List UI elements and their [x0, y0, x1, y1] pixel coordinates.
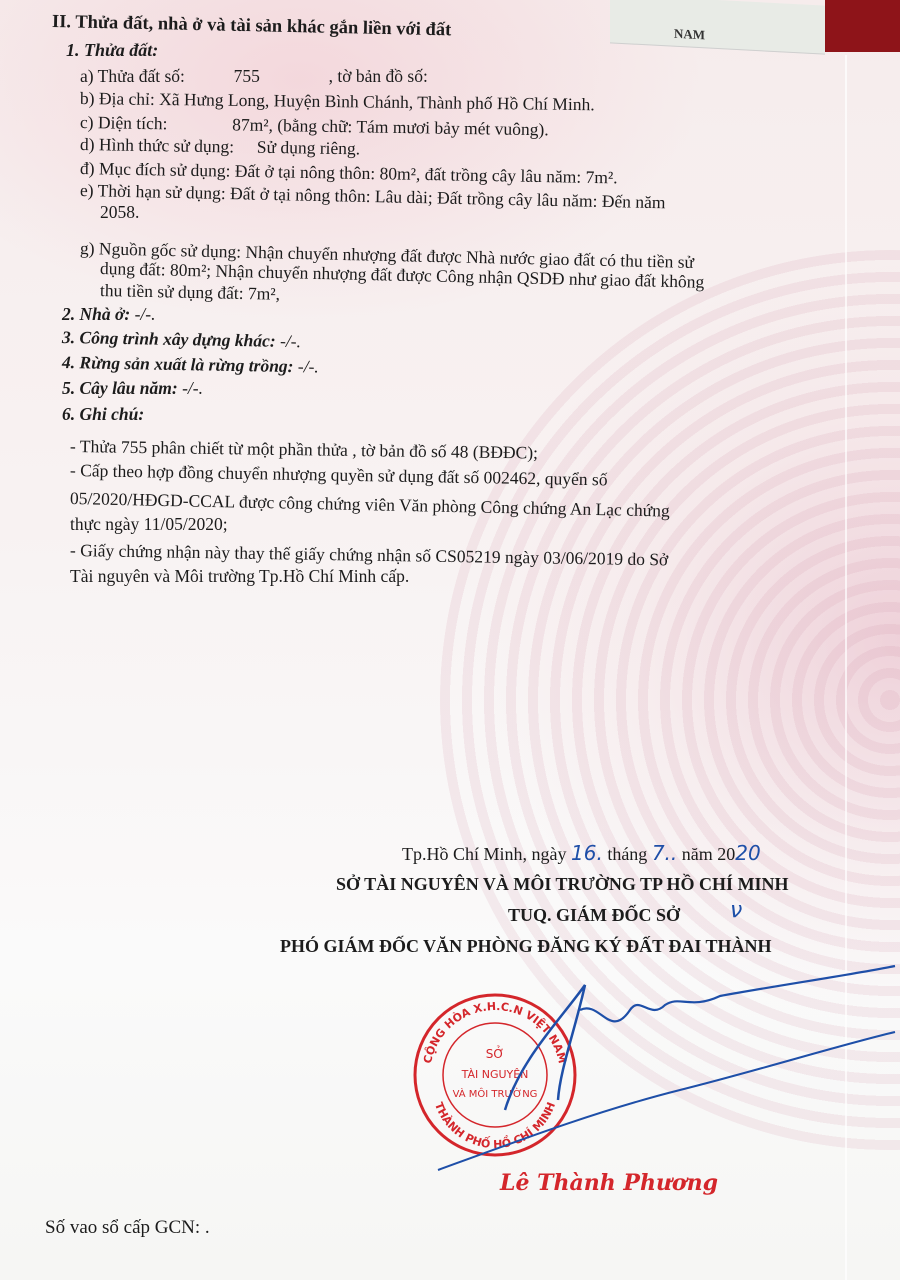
planted-forest-value: -/-. — [298, 356, 319, 376]
authority-line: TUQ. GIÁM ĐỐC SỞ — [508, 905, 680, 926]
perennial-trees-value: -/-. — [182, 378, 203, 398]
map-sheet-label: , tờ bản đồ số: — [329, 66, 428, 86]
initial-mark: ν — [730, 898, 742, 923]
perennial-trees-label: 5. Cây lâu năm: — [62, 378, 178, 398]
other-construction-value: -/-. — [280, 331, 301, 351]
other-construction-row: 3. Công trình xây dựng khác: -/-. — [62, 327, 301, 351]
perennial-trees-row: 5. Cây lâu năm: -/-. — [62, 378, 203, 398]
house-label: 2. Nhà ở: — [62, 304, 130, 324]
handwritten-month: 7.. — [652, 841, 677, 865]
other-construction-label: 3. Công trình xây dựng khác: — [62, 327, 276, 351]
signer-title: PHÓ GIÁM ĐỐC VĂN PHÒNG ĐĂNG KÝ ĐẤT ĐAI T… — [280, 936, 772, 957]
parcel-number-value: 755 — [234, 66, 260, 86]
area-label: c) Diện tích: — [80, 112, 168, 133]
usage-purpose-label: đ) Mục đích sử dụng: — [80, 158, 231, 181]
year-label: năm 20 — [682, 844, 736, 864]
red-cover-edge — [825, 0, 900, 52]
house-value: -/-. — [135, 304, 156, 324]
origin-value-3: thu tiền sử dụng đất: 7m², — [100, 280, 280, 304]
parcel-number-label: a) Thửa đất số: — [80, 66, 185, 86]
usage-term-label: e) Thời hạn sử dụng: — [80, 180, 226, 203]
usage-form-label: d) Hình thức sử dụng: — [80, 134, 234, 156]
place-date-prefix: Tp.Hồ Chí Minh, ngày — [402, 844, 567, 864]
background-card-text: NAM — [674, 26, 705, 44]
month-label: tháng — [607, 844, 647, 864]
address-label: b) Địa chỉ: — [80, 88, 155, 109]
notes-heading: 6. Ghi chú: — [62, 404, 144, 424]
page-fold — [845, 55, 847, 1280]
usage-term-year: 2058. — [100, 202, 139, 222]
svg-text:SỞ: SỞ — [486, 1045, 505, 1061]
issuing-org: SỞ TÀI NGUYÊN VÀ MÔI TRƯỜNG TP HỒ CHÍ MI… — [336, 874, 789, 895]
place-date-line: Tp.Hồ Chí Minh, ngày 16. tháng 7.. năm 2… — [402, 843, 761, 864]
official-seal: CỘNG HÒA X.H.C.N VIỆT NAM THÀNH PHỐ HỒ C… — [410, 990, 580, 1160]
usage-form-value: Sử dụng riêng. — [257, 137, 361, 159]
signer-name: Lê Thành Phương — [500, 1170, 718, 1196]
svg-text:VÀ MÔI TRƯỜNG: VÀ MÔI TRƯỜNG — [453, 1087, 538, 1100]
parcel-number-row: a) Thửa đất số: 755 , tờ bản đồ số: — [80, 66, 428, 86]
note-line-6: Tài nguyên và Môi trường Tp.Hồ Chí Minh … — [70, 566, 409, 586]
planted-forest-label: 4. Rừng sản xuất là rừng trồng: — [62, 352, 294, 376]
house-row: 2. Nhà ở: -/-. — [62, 304, 156, 324]
registry-number-label: Số vao sổ cấp GCN: . — [45, 1218, 210, 1238]
handwritten-year-suffix: 20 — [735, 841, 760, 865]
svg-text:TÀI NGUYÊN: TÀI NGUYÊN — [461, 1068, 529, 1081]
note-line-4: thực ngày 11/05/2020; — [70, 514, 228, 534]
land-heading: 1. Thửa đất: — [66, 40, 158, 60]
handwritten-day: 16. — [571, 841, 603, 865]
